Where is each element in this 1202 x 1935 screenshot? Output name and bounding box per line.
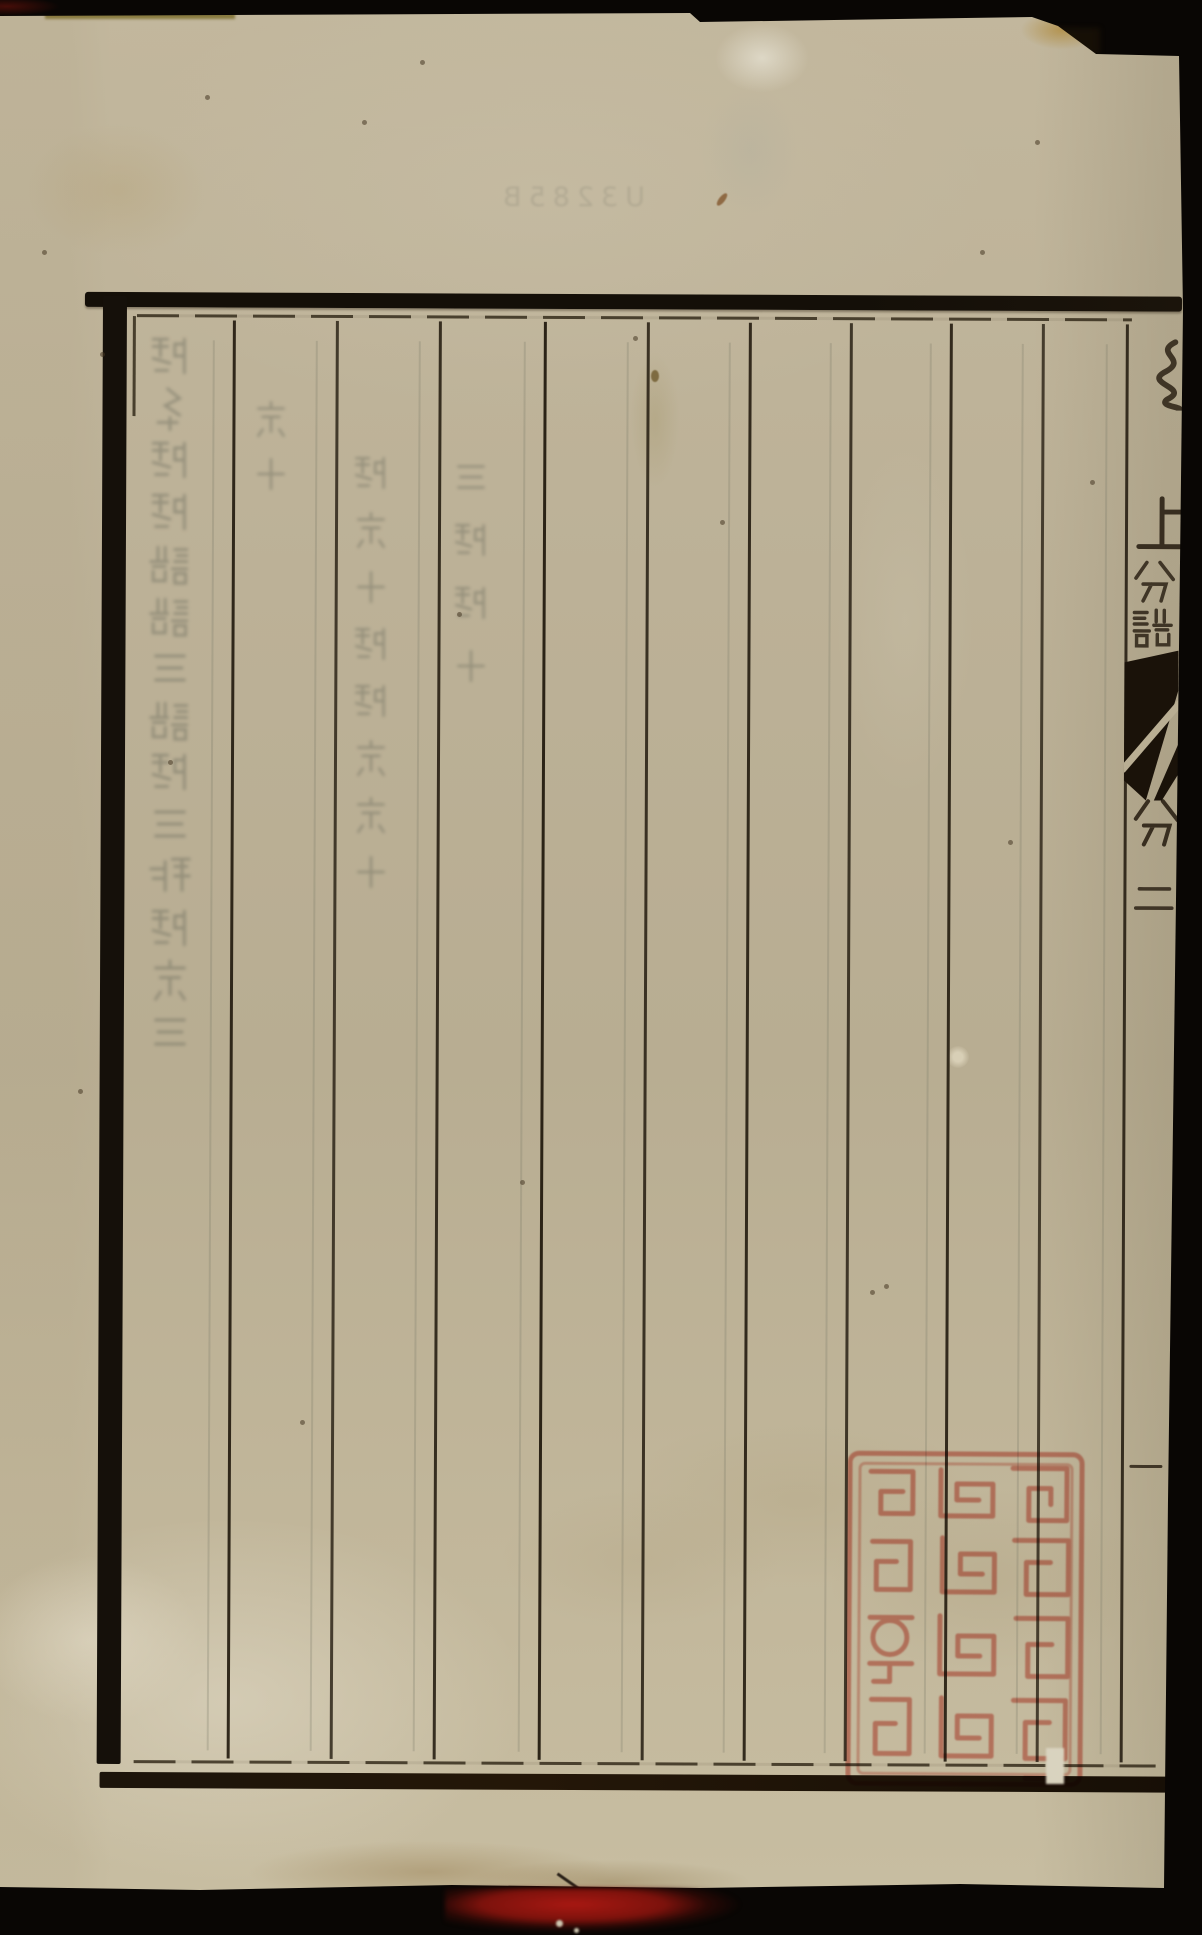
column-line: [538, 322, 547, 1760]
paper-speck: [870, 1290, 875, 1295]
paper-speck: [457, 612, 462, 617]
frame-left-border: [97, 296, 127, 1764]
column-line: [330, 321, 339, 1759]
scanned-book-photo: U3285B: [0, 0, 1202, 1935]
ghost-column-line: [723, 343, 731, 1753]
bleedthrough-glyph: [146, 332, 194, 380]
bleedthrough-glyph: [146, 592, 194, 640]
bleedthrough-glyph: [450, 456, 492, 498]
paper-speck: [205, 95, 210, 100]
banxin-character: [1128, 604, 1176, 650]
ghost-column-line: [518, 342, 526, 1752]
inner-rule-top: [137, 314, 1132, 321]
ghost-column-line: [1100, 344, 1108, 1754]
paper-speck: [168, 760, 173, 765]
column-lines: [1, 0, 1202, 5]
ghost-column-line: [621, 342, 629, 1752]
column-line: [743, 323, 752, 1761]
collection-seal: [845, 1449, 1087, 1795]
banxin-column: [1, 0, 1202, 5]
scuff-mark: [1046, 1748, 1064, 1784]
bleedthrough-glyph: [350, 851, 392, 893]
bleedthrough-glyph: [350, 509, 392, 551]
debris-spot: [556, 1920, 563, 1927]
bleedthrough-glyph: [146, 384, 194, 432]
faint-number-mark: U3285B: [505, 182, 645, 213]
bleedthrough-glyph: [146, 540, 194, 588]
bleedthrough-glyph: [250, 398, 292, 440]
bleedthrough-glyph: [350, 566, 392, 608]
bleedthrough-glyph: [146, 1008, 194, 1056]
bleedthrough-glyph: [146, 748, 194, 796]
ghost-column-line: [310, 341, 318, 1751]
bleedthrough-glyph: [146, 904, 194, 952]
paper-speck: [1090, 480, 1095, 485]
column-line: [641, 322, 650, 1760]
paper-speck: [1035, 140, 1040, 145]
bleedthrough-glyph: [146, 800, 194, 848]
fishtail-mark: [1124, 650, 1179, 804]
bleedthrough-glyph: [146, 436, 194, 484]
bleedthrough-glyph: [450, 519, 492, 561]
paper-speck: [520, 1180, 525, 1185]
paper-speck: [720, 520, 725, 525]
red-binding-edge: [445, 1888, 750, 1935]
inner-rule-left: [132, 316, 135, 416]
bleedthrough-glyph: [250, 453, 292, 495]
paper-speck: [884, 1284, 889, 1289]
column-line: [1120, 324, 1129, 1762]
bleedthrough-glyph: [350, 737, 392, 779]
bleedthrough-glyph: [350, 452, 392, 494]
banxin-character: [1125, 1444, 1173, 1484]
bleedthrough-glyph: [350, 794, 392, 836]
bleedthrough-glyph: [450, 582, 492, 624]
paper-speck: [362, 120, 367, 125]
genealogy-page-paper: U3285B: [0, 0, 1202, 1935]
column-line: [227, 320, 236, 1758]
ghost-column-line: [413, 341, 421, 1751]
bleedthrough-glyph: [350, 680, 392, 722]
banxin-character: [1127, 874, 1175, 922]
ghost-column-line: [207, 340, 215, 1750]
bleedthrough-glyph: [146, 696, 194, 744]
paper-speck: [100, 352, 105, 357]
bleedthrough-glyph: [450, 645, 492, 687]
backing-red-tint: [0, 0, 60, 16]
paper-speck: [633, 336, 638, 341]
paper-speck: [42, 250, 47, 255]
column-line: [433, 321, 442, 1759]
bleedthrough-glyph: [146, 488, 194, 536]
debris-spot: [574, 1928, 579, 1933]
paper-speck: [78, 1089, 83, 1094]
paper-speck: [980, 250, 985, 255]
paper-speck: [1008, 840, 1013, 845]
paper-speck: [300, 1420, 305, 1425]
bleedthrough-glyph: [146, 852, 194, 900]
banxin-character: [1129, 490, 1177, 556]
bleedthrough-glyph: [350, 623, 392, 665]
frame-top-border: [85, 292, 1182, 312]
ghost-column-line: [824, 343, 832, 1753]
bleedthrough-glyph: [146, 644, 194, 692]
bleedthrough-glyph: [146, 956, 194, 1004]
banxin-character: [1130, 334, 1178, 410]
banxin-character: [1129, 556, 1177, 604]
paper-speck: [420, 60, 425, 65]
